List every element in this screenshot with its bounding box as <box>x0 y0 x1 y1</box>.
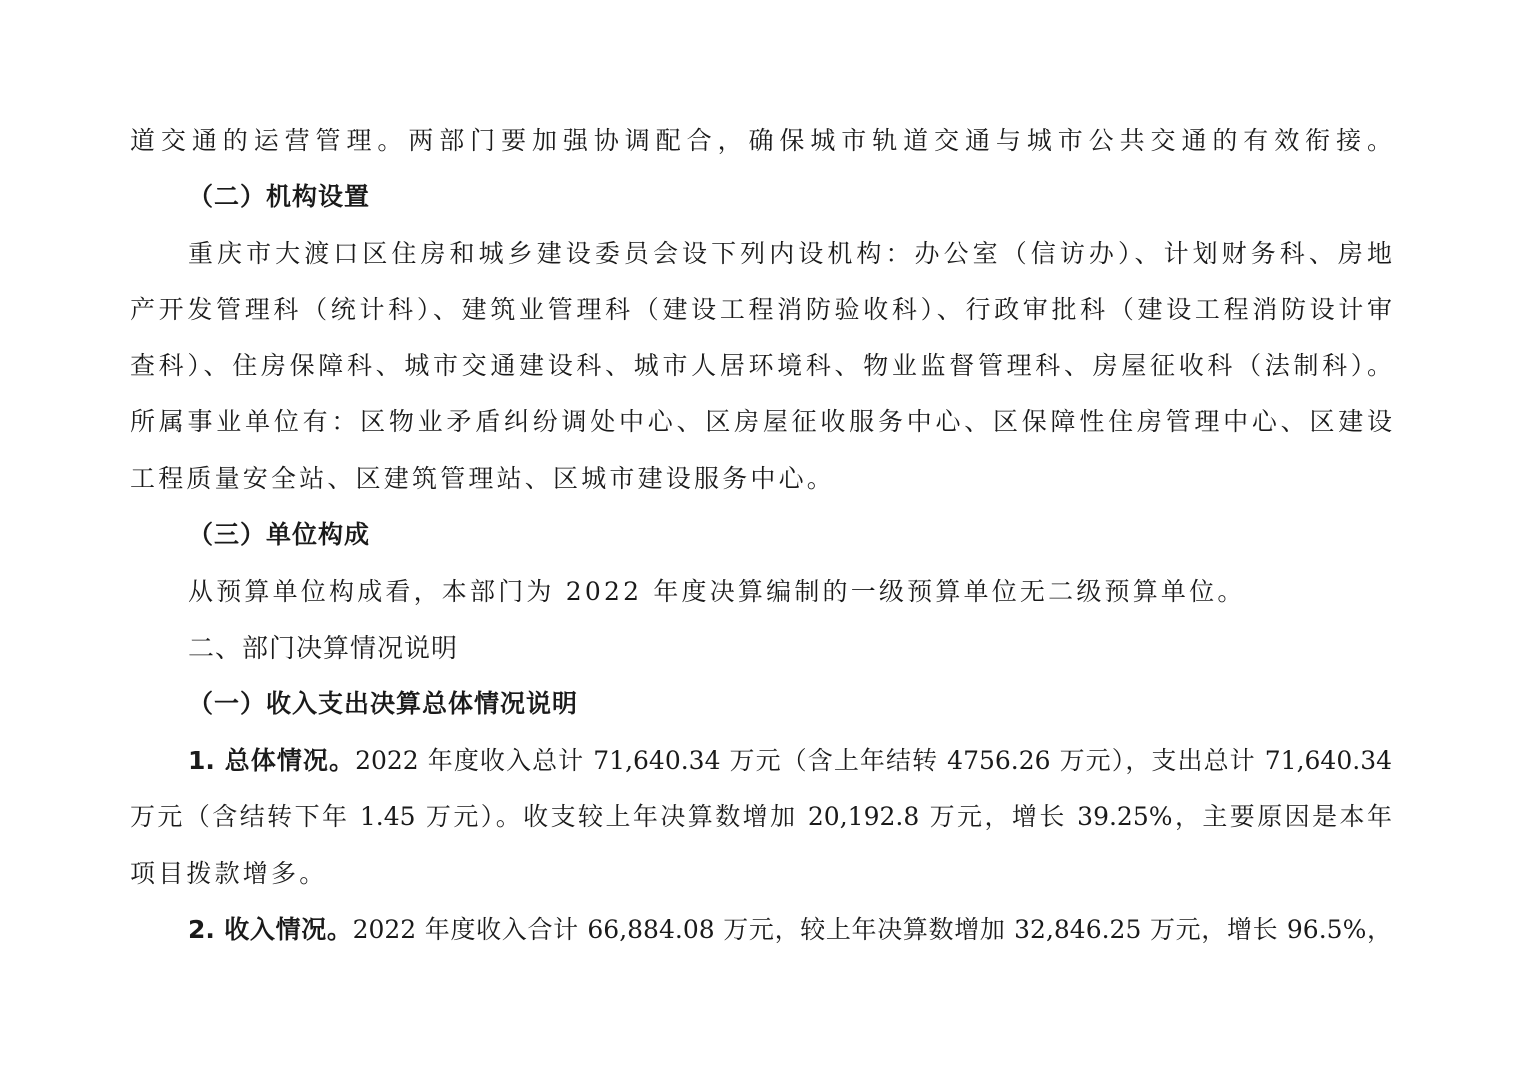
paragraph-lead-label: 2. 收入情况。 <box>188 915 353 944</box>
body-text-line: 重庆市大渡口区住房和城乡建设委员会设下列内设机构：办公室（信访办）、计划财务科、… <box>188 239 1392 269</box>
body-text-line: 所属事业单位有：区物业矛盾纠纷调处中心、区房屋征收服务中心、区保障性住房管理中心… <box>130 407 1392 437</box>
body-text-line: 道交通的运营管理。两部门要加强协调配合，确保城市轨道交通与城市公共交通的有效衔接… <box>130 126 1392 156</box>
chapter-heading-final-accounts: 二、部门决算情况说明 <box>188 633 458 663</box>
body-text-line: 从预算单位构成看，本部门为 2022 年度决算编制的一级预算单位无二级预算单位。 <box>188 577 1246 607</box>
paragraph-lead-label: 1. 总体情况。 <box>188 746 355 775</box>
paragraph-overall-situation: 1. 总体情况。2022 年度收入总计 71,640.34 万元（含上年结转 4… <box>188 746 1392 776</box>
body-text-line: 产开发管理科（统计科）、建筑业管理科（建设工程消防验收科）、行政审批科（建设工程… <box>130 295 1392 325</box>
section-heading-institution-setup: （二）机构设置 <box>188 182 370 212</box>
body-text-line: 万元（含结转下年 1.45 万元）。收支较上年决算数增加 20,192.8 万元… <box>130 802 1392 832</box>
body-text-line: 查科）、住房保障科、城市交通建设科、城市人居环境科、物业监督管理科、房屋征收科（… <box>130 351 1392 381</box>
section-heading-unit-composition: （三）单位构成 <box>188 520 370 550</box>
paragraph-text: 2022 年度收入合计 66,884.08 万元，较上年决算数增加 32,846… <box>353 915 1392 944</box>
body-text-line: 工程质量安全站、区建筑管理站、区城市建设服务中心。 <box>130 464 835 494</box>
paragraph-income-situation: 2. 收入情况。2022 年度收入合计 66,884.08 万元，较上年决算数增… <box>188 915 1392 945</box>
paragraph-text: 2022 年度收入总计 71,640.34 万元（含上年结转 4756.26 万… <box>355 746 1392 775</box>
document-page: 道交通的运营管理。两部门要加强协调配合，确保城市轨道交通与城市公共交通的有效衔接… <box>0 0 1520 1074</box>
body-text-line: 项目拨款增多。 <box>130 859 327 889</box>
section-heading-income-expenditure-overview: （一）收入支出决算总体情况说明 <box>188 689 578 719</box>
